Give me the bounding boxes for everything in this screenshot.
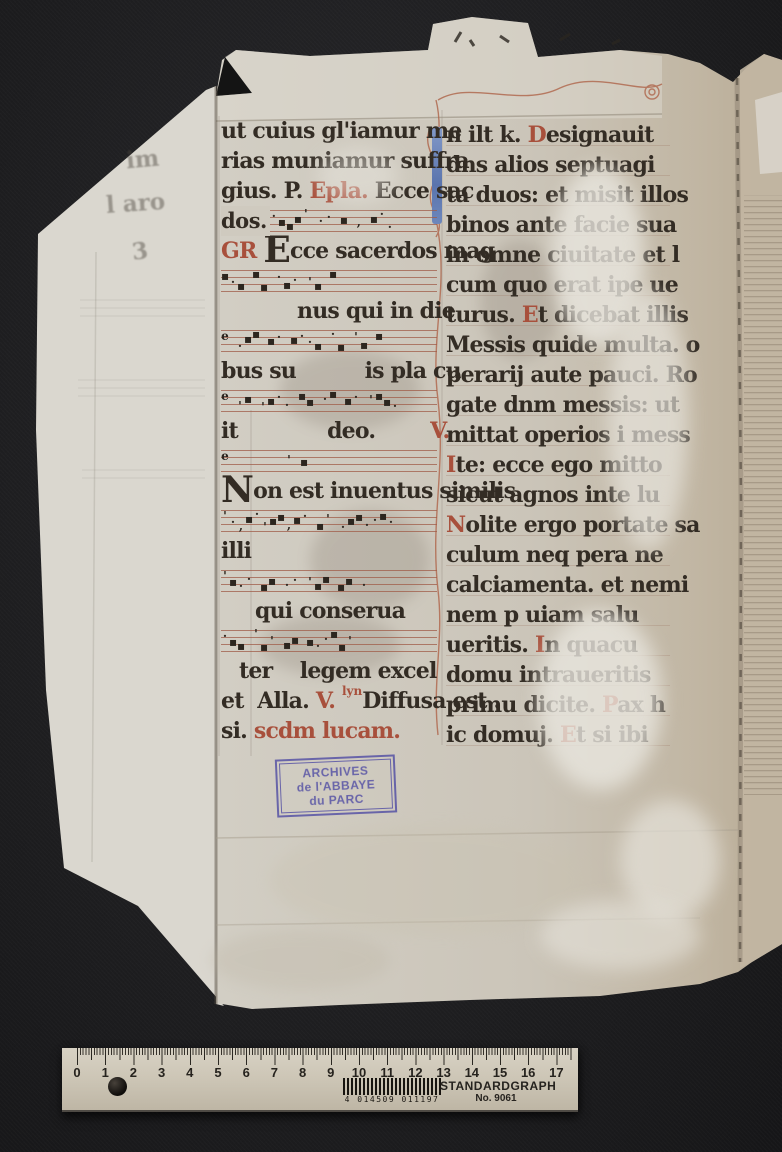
- neume-mark: ·: [360, 580, 368, 590]
- chant-segment: et Alla.: [221, 688, 316, 714]
- neume-mark: ▪: [347, 516, 355, 526]
- neume-mark: ·: [229, 517, 237, 527]
- neume-mark: ·: [301, 511, 309, 521]
- ruler-hole: [108, 1077, 127, 1096]
- gospel-text-line: dns alios septuagi: [446, 150, 670, 180]
- chant-text-line: qui conserua: [221, 596, 437, 626]
- chant-text-line: it deo. V.: [221, 416, 437, 446]
- chant-segment: illi: [221, 538, 251, 564]
- archive-stamp: ARCHIVES de l'ABBAYE du PARC: [275, 754, 397, 817]
- neume-mark: ▪: [245, 514, 253, 524]
- neume-mark: ·: [283, 400, 291, 410]
- neume-mark: ·: [339, 522, 347, 532]
- music-staff: e'▪: [221, 446, 437, 476]
- neume-mark: ': [221, 571, 229, 581]
- neume-mark: ·: [283, 580, 291, 590]
- neume-mark: ▪: [260, 642, 268, 652]
- neume-mark: ·: [329, 329, 337, 339]
- music-staff: '▪··▪▪··'▪▪▪▪·: [221, 566, 437, 596]
- chant-text-line: bus su is pla cu: [221, 356, 437, 386]
- chant-text-line: si. scdm lucam.: [221, 716, 437, 746]
- neume-mark: ·: [314, 641, 322, 651]
- neume-mark: ,: [237, 521, 245, 531]
- showthrough-fragment: l aro: [105, 188, 166, 219]
- neume-mark: ': [346, 636, 354, 646]
- ruler-number: 16: [521, 1065, 535, 1080]
- neume-mark: ▪: [375, 331, 383, 341]
- neume-mark: ▪: [379, 511, 387, 521]
- neume-mark: ▪: [314, 281, 322, 291]
- abrasion-patch: [540, 900, 700, 970]
- neume-mark: ▪: [252, 329, 260, 339]
- staff-prefix-text: dos.: [221, 206, 270, 236]
- ruler: 01234567891011121314151617 4 014509 0111…: [62, 1048, 578, 1112]
- neume-mark: ▪: [383, 397, 391, 407]
- neume-mark: ▪: [344, 396, 352, 406]
- music-staff: ▪·▪▪▪·▪·'▪▪: [221, 266, 437, 296]
- ruler-ticks: [77, 1048, 572, 1065]
- neume-mark: ·: [391, 401, 399, 411]
- neume-mark: ▪: [345, 576, 353, 586]
- ruler-number: 8: [299, 1065, 306, 1080]
- ruler-number: 0: [73, 1065, 80, 1080]
- neume-mark: ·: [298, 331, 306, 341]
- ruler-number: 1: [102, 1065, 109, 1080]
- neume-mark: ▪: [329, 389, 337, 399]
- chant-segment: ut cuius gl'iamur me: [221, 118, 462, 144]
- neume-mark: ▪: [314, 581, 322, 591]
- music-staff: '·,▪·'▪▪,▪·▪'·▪▪··▪·: [221, 506, 437, 536]
- chant-segment: GR: [221, 238, 263, 264]
- neume-mark: ▪: [316, 521, 324, 531]
- abrasion-patch: [538, 610, 662, 790]
- neume-mark: ': [261, 522, 269, 532]
- neume-mark: ·: [236, 341, 244, 351]
- neume-mark: e: [221, 331, 229, 341]
- neume-mark: ▪: [267, 396, 275, 406]
- neume-mark: ·: [387, 517, 395, 527]
- neume-mark: ·: [253, 509, 261, 519]
- neume-mark: ▪: [221, 271, 229, 281]
- chant-segment: qui conserua: [255, 598, 405, 624]
- chant-text-line: et Alla. V. lynDiffusa est .: [221, 686, 437, 716]
- neume-mark: ▪: [267, 336, 275, 346]
- neume-mark: ▪: [260, 582, 268, 592]
- neume-mark: ·: [352, 392, 360, 402]
- neume-mark: ,: [285, 520, 293, 530]
- ruler-model: No. 9061: [440, 1093, 552, 1105]
- neume-mark: ': [306, 277, 314, 287]
- neume-mark: ▪: [283, 640, 291, 650]
- neume-mark: ▪: [370, 214, 378, 224]
- chant-segment: ter legem excel: [239, 658, 437, 684]
- neume-mark: ·: [363, 520, 371, 530]
- neume-mark: ▪: [291, 635, 299, 645]
- chant-text-line: illi: [221, 536, 437, 566]
- music-staff: dos.·▪▪▪'··▪,▪··: [221, 206, 437, 236]
- neume-mark: ': [302, 209, 310, 219]
- neume-mark: ▪: [237, 281, 245, 291]
- chant-segment: si.: [221, 718, 254, 744]
- neume-mark: ·: [291, 575, 299, 585]
- gospel-segment: I: [446, 452, 456, 478]
- neume-mark: ▪: [300, 457, 308, 467]
- gospel-segment: n ilt k.: [446, 122, 528, 148]
- gospel-segment: esignauit: [546, 122, 654, 148]
- left-blank-leaf: [36, 86, 224, 1006]
- ruler-number: 14: [465, 1065, 479, 1080]
- neume-mark: ▪: [286, 221, 294, 231]
- neume-mark: ▪: [340, 215, 348, 225]
- neume-mark: ▪: [306, 397, 314, 407]
- ruler-number: 2: [130, 1065, 137, 1080]
- neume-mark: ': [367, 395, 375, 405]
- ruler-number: 4: [186, 1065, 193, 1080]
- neume-mark: ·: [325, 212, 333, 222]
- gospel-text-line: calciamenta. et nemi: [446, 570, 670, 600]
- neume-mark: ·: [229, 277, 237, 287]
- neume-mark: ▪: [252, 269, 260, 279]
- ruler-number: 5: [214, 1065, 221, 1080]
- neume-mark: ▪: [229, 577, 237, 587]
- neume-mark: ': [352, 332, 360, 342]
- chant-segment: it deo.: [221, 418, 430, 444]
- neume-mark: ▪: [314, 341, 322, 351]
- neume-mark: ·: [245, 574, 253, 584]
- gospel-segment: N: [446, 512, 465, 538]
- neume-mark: ': [268, 636, 276, 646]
- music-staff: e'▪'▪··▪▪·▪▪·'▪▪·: [221, 386, 437, 416]
- neume-mark: ▪: [337, 582, 345, 592]
- barcode-bars: [343, 1078, 441, 1095]
- chant-text-line: GR Ecce sacerdos mag: [221, 236, 437, 266]
- neume-mark: ': [221, 511, 229, 521]
- neume-mark: ▪: [298, 391, 306, 401]
- neume-mark: ▪: [278, 217, 286, 227]
- ruler-number: 7: [271, 1065, 278, 1080]
- showthrough-fragment: im: [125, 145, 160, 175]
- photo-stage: iml aro3 ut cuius gl'iamur merias muniam…: [0, 0, 782, 1152]
- neume-mark: ': [259, 402, 267, 412]
- neume-mark: ▪: [269, 516, 277, 526]
- barcode-digits: 4 014509 011197: [343, 1095, 441, 1104]
- neume-mark: ▪: [355, 512, 363, 522]
- neume-mark: ': [306, 577, 314, 587]
- music-staff: ·▪▪'▪'▪▪▪··▪▪': [221, 626, 437, 656]
- neume-mark: ▪: [322, 574, 330, 584]
- neume-group: e'▪: [221, 446, 308, 470]
- ruler-number: 9: [327, 1065, 334, 1080]
- chant-text-line: ter legem excel: [221, 656, 437, 686]
- neume-mark: ▪: [293, 515, 301, 525]
- gospel-segment: culum neq pera ne: [446, 542, 663, 568]
- chant-column: ut cuius gl'iamur merias muniamur suffra…: [221, 116, 437, 746]
- neume-mark: ·: [237, 581, 245, 591]
- ruler-number: 15: [493, 1065, 507, 1080]
- gospel-segment: E: [522, 302, 538, 328]
- gospel-text-line: n ilt k. Designauit: [446, 120, 670, 150]
- chant-segment: nus qui in die: [297, 298, 455, 324]
- neume-group: e·▪▪▪·▪··▪·▪'▪▪: [221, 326, 383, 350]
- neume-mark: ▪: [260, 282, 268, 292]
- neume-mark: ▪: [337, 342, 345, 352]
- neume-mark: ·: [275, 272, 283, 282]
- chant-segment: V.: [316, 688, 342, 714]
- neume-mark: ▪: [360, 340, 368, 350]
- neume-mark: ▪: [244, 394, 252, 404]
- barcode: 4 014509 011197: [343, 1078, 441, 1104]
- neume-mark: ▪: [237, 641, 245, 651]
- gospel-segment: ueritis.: [446, 632, 535, 658]
- abrasion-patch: [608, 290, 688, 550]
- abrasion-patch: [318, 148, 398, 203]
- neume-group: e'▪'▪··▪▪·▪▪·'▪▪·: [221, 386, 399, 410]
- neume-mark: ▪: [277, 512, 285, 522]
- neume-mark: ▪: [329, 269, 337, 279]
- neume-mark: ·: [270, 211, 278, 221]
- neume-mark: ·: [275, 392, 283, 402]
- neume-group: '·,▪·'▪▪,▪·▪'·▪▪··▪·: [221, 506, 395, 530]
- chant-segment: bus su is pla cu: [221, 358, 461, 384]
- neume-mark: ·: [321, 394, 329, 404]
- neume-mark: ': [285, 455, 293, 465]
- chant-text-line: nus qui in die: [221, 296, 437, 326]
- neume-mark: ▪: [268, 576, 276, 586]
- ruler-brand-block: STANDARDGRAPH No. 9061: [440, 1080, 552, 1105]
- gospel-text-line: nem p uiam salu: [446, 600, 670, 630]
- showthrough-fragment: 3: [130, 237, 149, 266]
- neume-mark: ': [324, 514, 332, 524]
- neume-mark: ▪: [330, 629, 338, 639]
- gospel-segment: dns alios septuagi: [446, 152, 655, 178]
- neume-mark: ▪: [306, 637, 314, 647]
- neume-mark: ·: [378, 209, 386, 219]
- neume-mark: ·: [371, 515, 379, 525]
- neume-group: ·▪▪'▪'▪▪▪··▪▪': [221, 626, 354, 650]
- neume-group: '▪··▪▪··'▪▪▪▪·: [221, 566, 368, 590]
- archive-stamp-border: ARCHIVES de l'ABBAYE du PARC: [279, 759, 393, 814]
- neume-mark: ,: [355, 217, 363, 227]
- chant-segment: lyn: [342, 684, 362, 698]
- ruler-brand: STANDARDGRAPH: [440, 1080, 552, 1093]
- neume-mark: ▪: [229, 637, 237, 647]
- neume-mark: ·: [291, 275, 299, 285]
- neume-mark: e: [221, 391, 229, 401]
- gospel-segment: calciamenta. et nemi: [446, 572, 688, 598]
- chant-segment: gius. P.: [221, 178, 309, 204]
- neume-mark: ': [236, 401, 244, 411]
- neume-mark: ·: [275, 332, 283, 342]
- neume-group: ·▪▪▪'··▪,▪··: [270, 206, 394, 230]
- neume-mark: ▪: [338, 642, 346, 652]
- neume-mark: ▪: [290, 335, 298, 345]
- neume-mark: ▪: [283, 280, 291, 290]
- ruler-number: 6: [243, 1065, 250, 1080]
- gospel-segment: D: [528, 122, 546, 148]
- neume-mark: ▪: [294, 214, 302, 224]
- chant-segment: scdm lucam.: [254, 718, 400, 744]
- neume-mark: ▪: [375, 391, 383, 401]
- chant-text-line: Non est inuentus similis: [221, 476, 437, 506]
- ruler-number: 17: [549, 1065, 563, 1080]
- music-staff: e·▪▪▪·▪··▪·▪'▪▪: [221, 326, 437, 356]
- neume-mark: ·: [317, 216, 325, 226]
- gospel-segment: turus.: [446, 302, 522, 328]
- neume-mark: ▪: [244, 334, 252, 344]
- chant-text-line: ut cuius gl'iamur me: [221, 116, 437, 146]
- neume-mark: ·: [221, 631, 229, 641]
- neume-mark: ·: [322, 634, 330, 644]
- ruler-number: 3: [158, 1065, 165, 1080]
- neume-mark: e: [221, 451, 229, 461]
- neume-mark: ': [252, 629, 260, 639]
- neume-mark: ·: [306, 337, 314, 347]
- neume-mark: ·: [386, 222, 394, 232]
- neume-group: ▪·▪▪▪·▪·'▪▪: [221, 266, 337, 290]
